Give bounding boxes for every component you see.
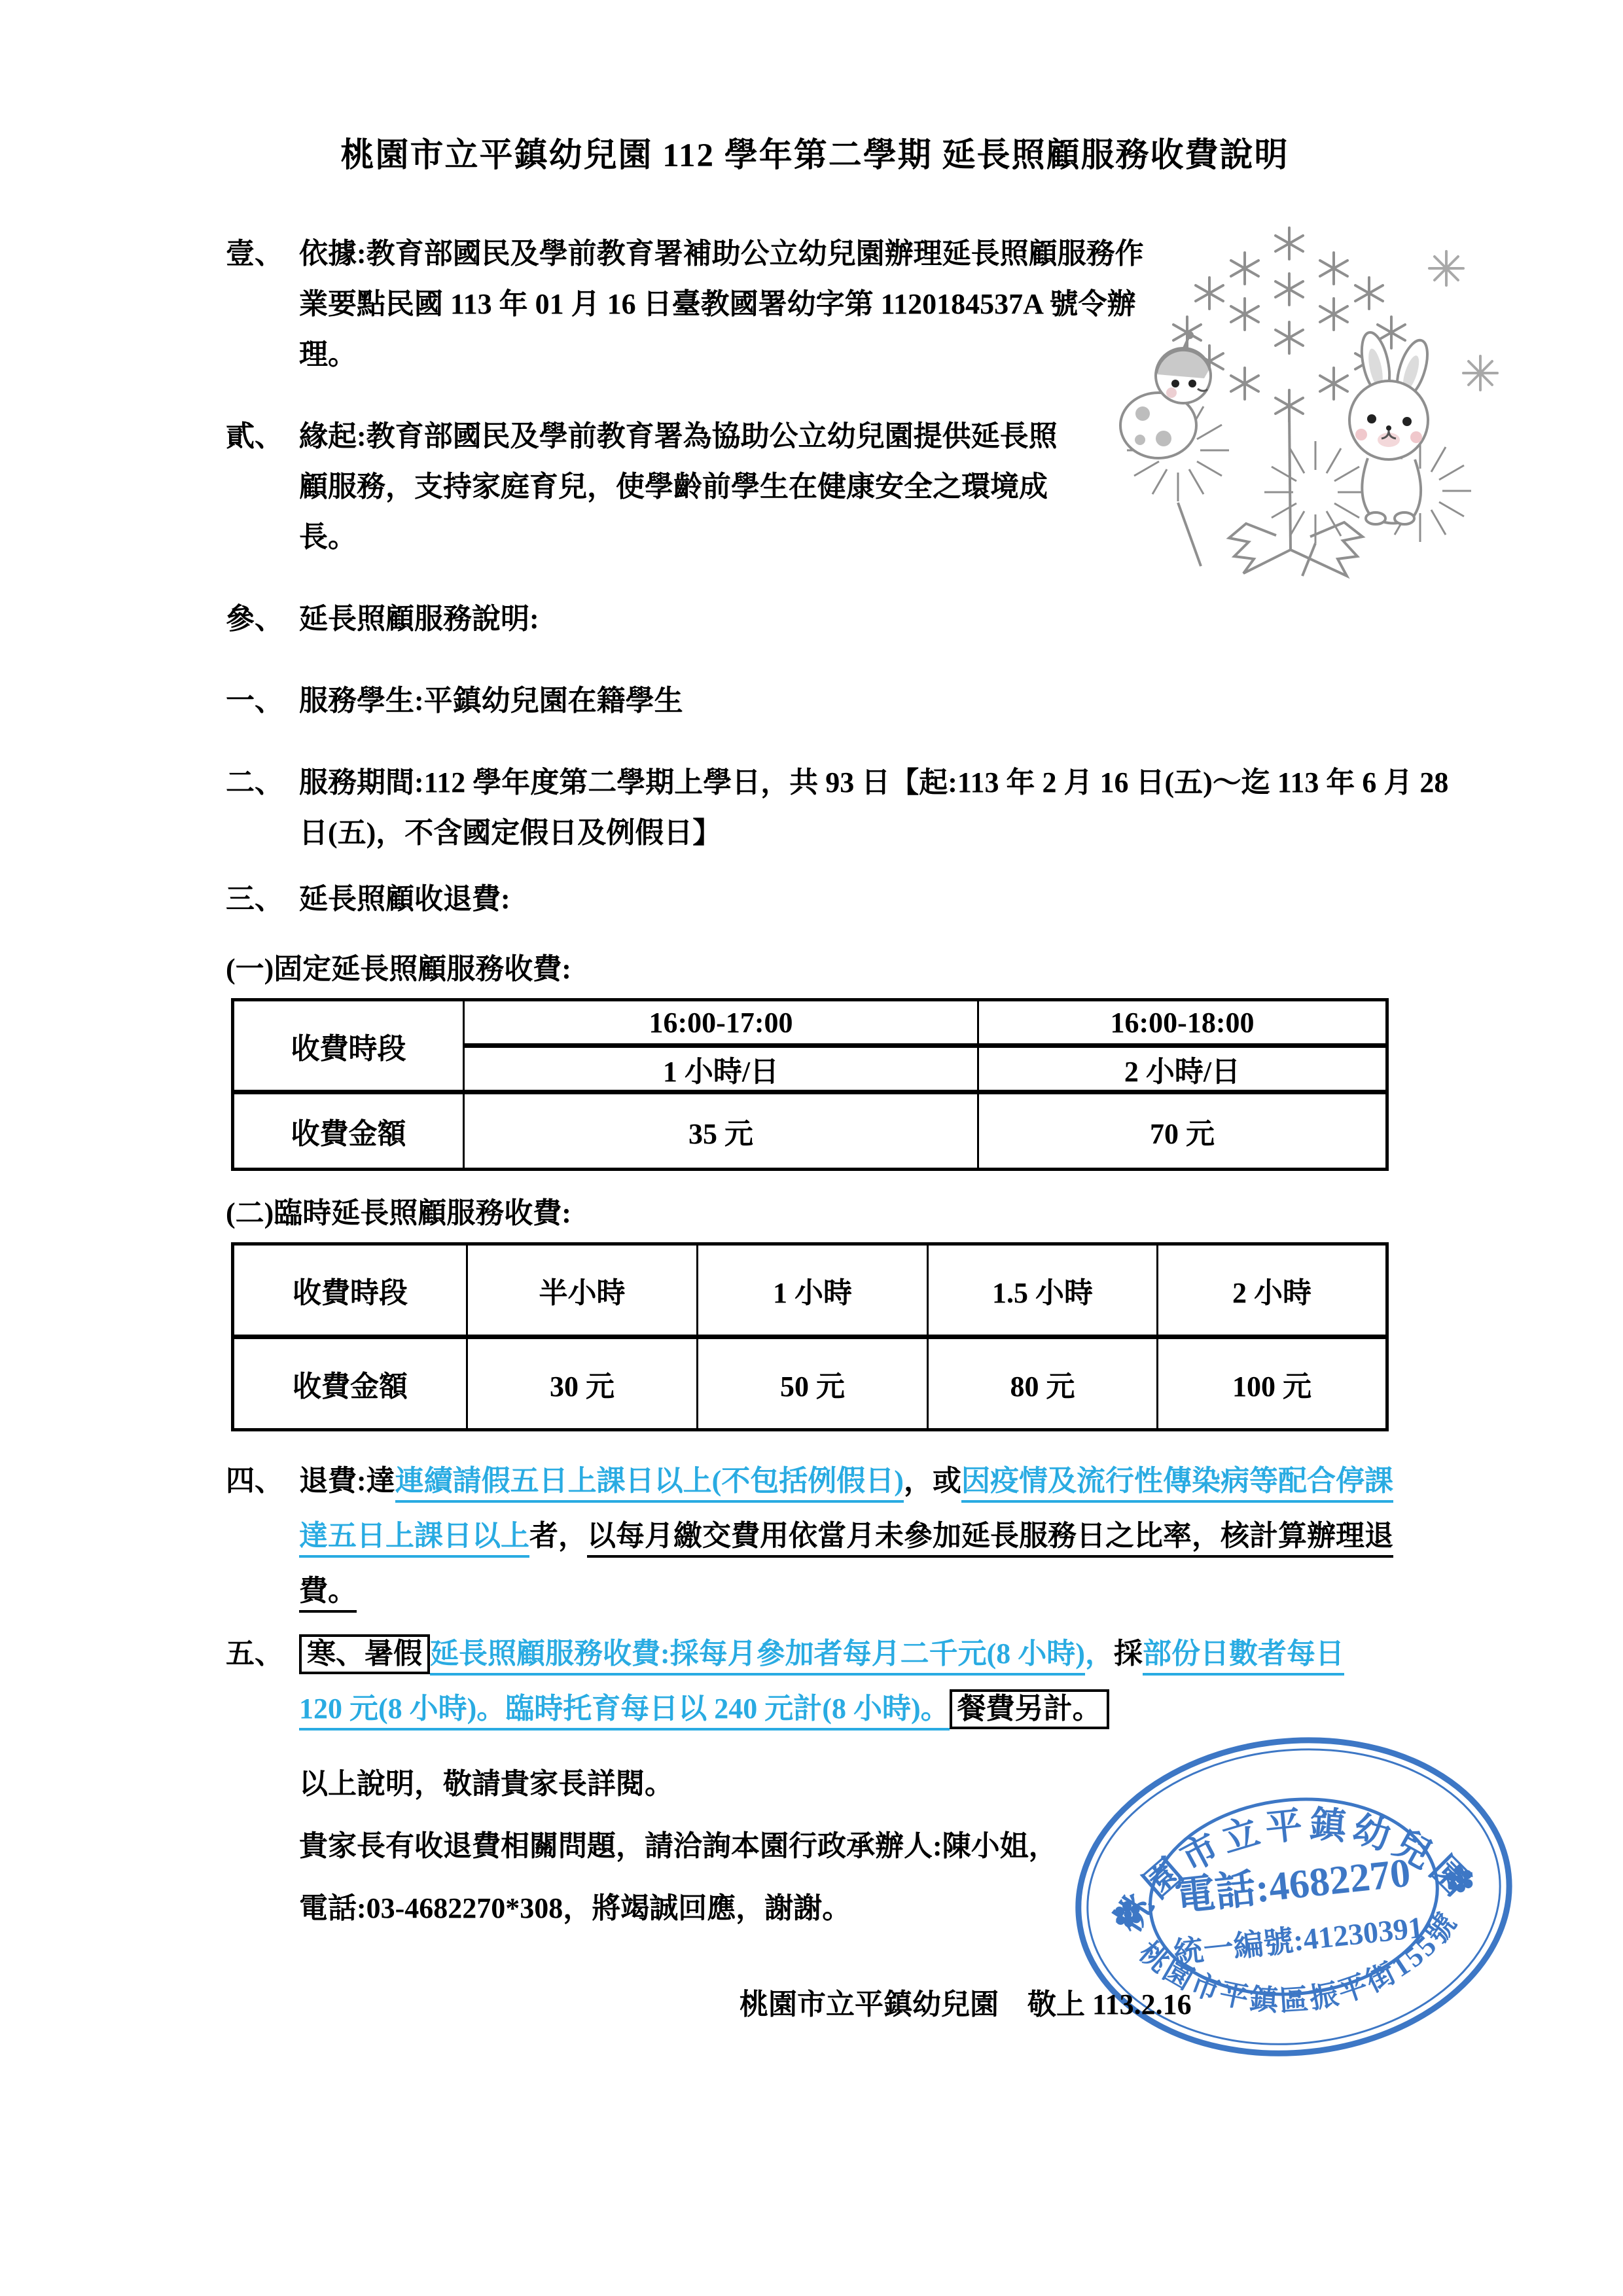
item-refund-number: 四、 bbox=[226, 1454, 299, 1509]
temp-period-label-cell: 收費時段 bbox=[233, 1244, 467, 1337]
temp-amount-label-cell: 收費金額 bbox=[233, 1337, 467, 1430]
temp-amount-cell: 100 元 bbox=[1158, 1337, 1387, 1430]
temp-fee-table: 收費時段 半小時 1 小時 1.5 小時 2 小時 收費金額 30 元 50 元… bbox=[231, 1242, 1389, 1431]
section-service-text: 延長照顧服務說明: bbox=[299, 603, 539, 635]
section-basis-number: 壹、 bbox=[226, 228, 299, 279]
fixed-amount-cell: 70 元 bbox=[978, 1092, 1387, 1170]
temp-amount-cell: 50 元 bbox=[698, 1337, 928, 1430]
vacation-text: 採 bbox=[1114, 1638, 1143, 1670]
page-title: 桃園市立平鎮幼兒園 112 學年第二學期 延長照顧服務收費說明 bbox=[226, 128, 1404, 176]
item-vacation-fee: 五、寒、暑假延長照顧服務收費:採每月參加者每月二千元(8 小時)，採部份日數者每… bbox=[226, 1626, 1379, 1736]
temp-fee-table-heading: (二)臨時延長照顧服務收費: bbox=[226, 1188, 1404, 1238]
school-seal-stamp: 桃園市立平鎮幼兒園 桃園市平鎮區振平街155號 電話:4682270 統一編號:… bbox=[1049, 1710, 1541, 2096]
temp-time-cell: 1.5 小時 bbox=[928, 1244, 1158, 1337]
temp-amount-cell: 80 元 bbox=[928, 1337, 1158, 1430]
temp-time-cell: 2 小時 bbox=[1158, 1244, 1387, 1337]
item-fees: 三、延長照顧收退費: bbox=[226, 874, 1404, 924]
dandelion-stems bbox=[1178, 411, 1363, 576]
section-basis-text: 依據:教育部國民及學前教育署補助公立幼兒園辦理延長照顧服務作業要點民國 113 … bbox=[299, 238, 1144, 370]
temp-time-cell: 半小時 bbox=[467, 1244, 698, 1337]
fixed-time-cell: 16:00-17:00 bbox=[464, 1000, 978, 1046]
item-period-text: 服務期間:112 學年度第二學期上學日，共 93 日【起:113 年 2 月 1… bbox=[299, 766, 1448, 849]
temp-amount-cell: 30 元 bbox=[467, 1337, 698, 1430]
vacation-blue-text: ， bbox=[1085, 1638, 1114, 1670]
item-fees-text: 延長照顧收退費: bbox=[299, 883, 510, 915]
fixed-time-cell: 16:00-18:00 bbox=[978, 1000, 1387, 1046]
meal-fee-boxed-text: 餐費另計。 bbox=[950, 1689, 1109, 1729]
fixed-amount-label-cell: 收費金額 bbox=[233, 1092, 464, 1170]
section-origin-text: 緣起:教育部國民及學前教育署為協助公立幼兒園提供延長照顧服務，支持家庭育兒，使學… bbox=[299, 420, 1058, 553]
fixed-fee-table: 收費時段 16:00-17:00 16:00-18:00 1 小時/日 2 小時… bbox=[231, 998, 1389, 1171]
item-period-number: 二、 bbox=[226, 757, 299, 808]
fee-notice-document: 桃園市立平鎮幼兒園 112 學年第二學期 延長照顧服務收費說明 bbox=[0, 0, 1623, 2296]
item-vacation-number: 五、 bbox=[226, 1626, 299, 1681]
item-students-text: 服務學生:平鎮幼兒園在籍學生 bbox=[299, 685, 683, 717]
section-origin: 貳、緣起:教育部國民及學前教育署為協助公立幼兒園提供延長照顧服務，支持家庭育兒，… bbox=[226, 411, 1084, 562]
item-period: 二、服務期間:112 學年度第二學期上學日，共 93 日【起:113 年 2 月… bbox=[226, 757, 1451, 858]
section-basis: 壹、依據:教育部國民及學前教育署補助公立幼兒園辦理延長照顧服務作業要點民國 11… bbox=[226, 228, 1147, 380]
item-fees-number: 三、 bbox=[226, 874, 299, 924]
fixed-period-label-cell: 收費時段 bbox=[233, 1000, 464, 1092]
fixed-duration-cell: 2 小時/日 bbox=[978, 1046, 1387, 1092]
refund-text: 退費:達 bbox=[299, 1465, 395, 1497]
fixed-duration-cell: 1 小時/日 bbox=[464, 1046, 978, 1092]
sparkle-icon bbox=[1463, 356, 1497, 390]
fixed-amount-cell: 35 元 bbox=[464, 1092, 978, 1170]
section-service-number: 參、 bbox=[226, 594, 299, 644]
vacation-blue-underline-text: 延長照顧服務收費:採每月參加者每月二千元(8 小時) bbox=[430, 1638, 1085, 1676]
refund-text: 者， bbox=[529, 1520, 587, 1552]
fixed-fee-table-heading: (一)固定延長照顧服務收費: bbox=[226, 944, 1404, 994]
item-students-number: 一、 bbox=[226, 675, 299, 726]
section-service-heading: 參、延長照顧服務說明: bbox=[226, 594, 1404, 644]
refund-text: ，或 bbox=[904, 1465, 961, 1497]
item-refund: 四、退費:達連續請假五日上課日以上(不包括例假日)，或因疫情及流行性傳染病等配合… bbox=[226, 1454, 1399, 1619]
dandelion-rabbit-ladybug-illustration bbox=[1080, 209, 1505, 589]
refund-blue-underline-text: 連續請假五日上課日以上(不包括例假日) bbox=[395, 1465, 904, 1503]
item-students: 一、服務學生:平鎮幼兒園在籍學生 bbox=[226, 675, 1404, 726]
rabbit-icon bbox=[1349, 330, 1433, 524]
vacation-boxed-text: 寒、暑假 bbox=[299, 1634, 430, 1674]
sparkle-icon bbox=[1429, 251, 1463, 285]
section-origin-number: 貳、 bbox=[226, 411, 299, 461]
temp-time-cell: 1 小時 bbox=[698, 1244, 928, 1337]
